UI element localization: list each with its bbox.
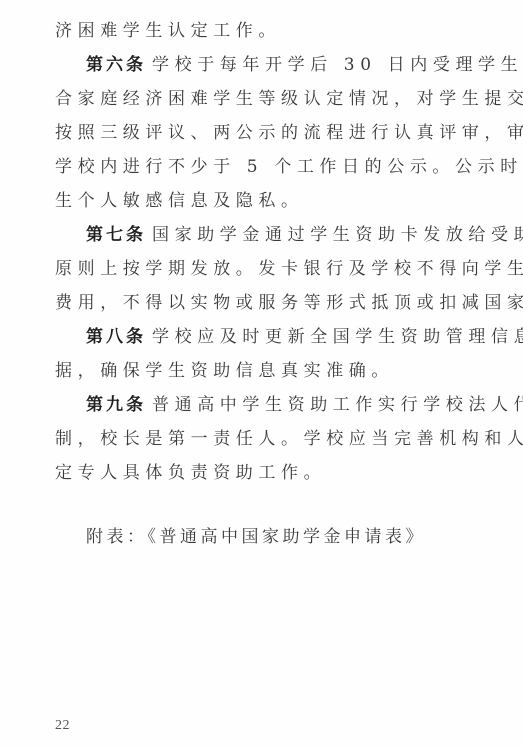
line-text: 原则上按学期发放。发卡银行及学校不得向学生收取卡费等: [55, 259, 523, 279]
line-text: 制，校长是第一责任人。学校应当完善机构和人员配备，指: [55, 429, 523, 449]
line-text: 济困难学生认定工作。: [55, 21, 281, 41]
article-9-line: 第九条普通高中学生资助工作实行学校法人代表负责: [86, 388, 506, 422]
line-text: 普通高中学生资助工作实行学校法人代表负责: [152, 395, 523, 415]
line-text: 学校应及时更新全国学生资助管理信息系统数: [152, 327, 523, 347]
article-label: 第七条: [86, 225, 146, 245]
article-label: 第八条: [86, 327, 146, 347]
text-line: 学校内进行不少于 5 个工作日的公示。公示时，严禁涉及学: [55, 150, 475, 184]
line-text: 定专人具体负责资助工作。: [55, 463, 326, 483]
line-text: 国家助学金通过学生资助卡发放给受助学生，: [152, 225, 523, 245]
article-8-line: 第八条学校应及时更新全国学生资助管理信息系统数: [86, 320, 506, 354]
text-line: 费用，不得以实物或服务等形式抵顶或扣减国家助学金。: [55, 286, 475, 320]
page-number: 22: [55, 718, 70, 734]
line-text: 费用，不得以实物或服务等形式抵顶或扣减国家助学金。: [55, 293, 523, 313]
line-text: 据，确保学生资助信息真实准确。: [55, 361, 394, 381]
text-line: 原则上按学期发放。发卡银行及学校不得向学生收取卡费等: [55, 252, 475, 286]
text-line: 据，确保学生资助信息真实准确。: [55, 354, 475, 388]
article-label: 第九条: [86, 395, 146, 415]
article-label: 第六条: [86, 55, 146, 75]
text-line: 定专人具体负责资助工作。: [55, 456, 475, 490]
article-6-line: 第六条学校于每年开学后 30 日内受理学生申请，并结: [86, 48, 506, 82]
text-line: 生个人敏感信息及隐私。: [55, 184, 475, 218]
line-text: 按照三级评议、两公示的流程进行认真评审，审核结果应在: [55, 123, 523, 143]
line-text: 学校于每年开学后 30 日内受理学生申请，并结: [152, 55, 523, 75]
appendix-text: 附表：《普通高中国家助学金申请表》: [86, 527, 426, 547]
article-7-line: 第七条国家助学金通过学生资助卡发放给受助学生，: [86, 218, 506, 252]
text-line: 济困难学生认定工作。: [55, 14, 475, 48]
appendix-line: 附表：《普通高中国家助学金申请表》: [86, 520, 506, 554]
document-page: 济困难学生认定工作。 第六条学校于每年开学后 30 日内受理学生申请，并结 合家…: [0, 0, 523, 746]
text-line: 按照三级评议、两公示的流程进行认真评审，审核结果应在: [55, 116, 475, 150]
text-line: 制，校长是第一责任人。学校应当完善机构和人员配备，指: [55, 422, 475, 456]
line-text: 生个人敏感信息及隐私。: [55, 191, 304, 211]
line-text: 合家庭经济困难学生等级认定情况，对学生提交的申请材料，: [55, 89, 523, 109]
text-line: 合家庭经济困难学生等级认定情况，对学生提交的申请材料，: [55, 82, 475, 116]
line-text: 学校内进行不少于 5 个工作日的公示。公示时，严禁涉及学: [55, 157, 523, 177]
